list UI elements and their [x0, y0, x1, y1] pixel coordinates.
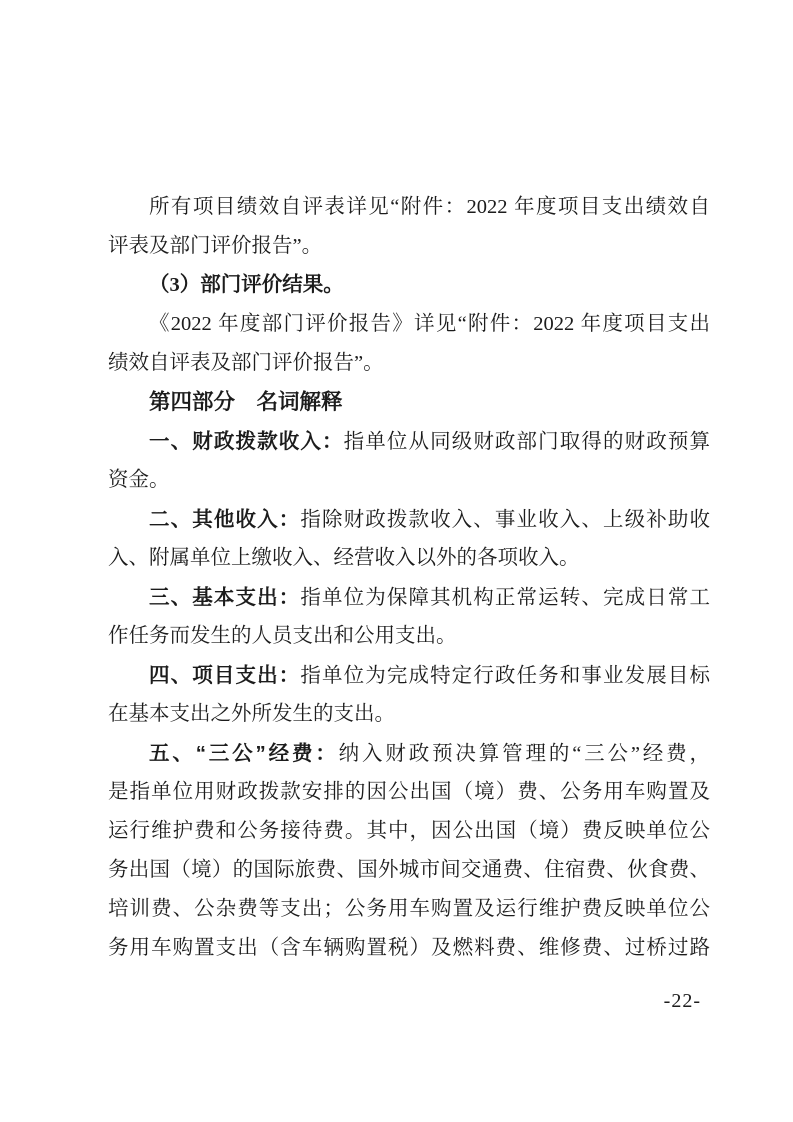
line-text: 入、附属单位上缴收入、经营收入以外的各项收入。 [108, 547, 580, 569]
term-line: 二、其他收入：指除财政拨款收入、事业收入、上级补助收 [108, 500, 710, 539]
term-label: 三、基本支出： [149, 586, 300, 609]
text-line: 所有项目绩效自评表详见“附件：2022 年度项目支出绩效自 [108, 188, 710, 227]
line-text: 是指单位用财政拨款安排的因公出国（境）费、公务用车购置及 [108, 781, 710, 803]
line-text: 所有项目绩效自评表详见“附件：2022 年度项目支出绩效自 [149, 196, 710, 218]
text-line: 《2022 年度部门评价报告》详见“附件：2022 年度项目支出 [108, 305, 710, 344]
term-label: 四、项目支出： [149, 664, 300, 687]
text-line: 入、附属单位上缴收入、经营收入以外的各项收入。 [108, 539, 710, 578]
line-text: 作任务而发生的人员支出和公用支出。 [108, 625, 457, 647]
line-text: 务出国（境）的国际旅费、国外城市间交通费、住宿费、伙食费、 [108, 859, 710, 881]
term-label: 一、财政拨款收入： [149, 430, 344, 453]
document-page: 所有项目绩效自评表详见“附件：2022 年度项目支出绩效自 评表及部门评价报告”… [0, 0, 793, 1122]
term-label: 五、“三公”经费： [149, 742, 339, 765]
line-text: 指单位为完成特定行政任务和事业发展目标 [300, 665, 710, 687]
line-text: 指单位从同级财政部门取得的财政预算 [344, 431, 710, 453]
text-line: 在基本支出之外所发生的支出。 [108, 695, 710, 734]
line-text: （3）部门评价结果。 [149, 274, 344, 296]
term-line: 五、“三公”经费：纳入财政预决算管理的“三公”经费， [108, 734, 710, 773]
term-line: 三、基本支出：指单位为保障其机构正常运转、完成日常工 [108, 578, 710, 617]
line-text: 指除财政拨款收入、事业收入、上级补助收 [300, 509, 710, 531]
text-line: 绩效自评表及部门评价报告”。 [108, 344, 710, 383]
line-text: 评表及部门评价报告”。 [108, 235, 322, 257]
text-line: 是指单位用财政拨款安排的因公出国（境）费、公务用车购置及 [108, 773, 710, 812]
text-line: 运行维护费和公务接待费。其中，因公出国（境）费反映单位公 [108, 812, 710, 851]
page-number: -22- [664, 990, 701, 1013]
line-text: 资金。 [108, 469, 170, 491]
subsection-heading: （3）部门评价结果。 [108, 266, 710, 305]
part-heading: 第四部分 名词解释 [108, 383, 710, 422]
text-line: 评表及部门评价报告”。 [108, 227, 710, 266]
line-text: 指单位为保障其机构正常运转、完成日常工 [300, 587, 710, 609]
text-line: 作任务而发生的人员支出和公用支出。 [108, 617, 710, 656]
term-label: 二、其他收入： [149, 508, 300, 531]
text-line: 务出国（境）的国际旅费、国外城市间交通费、住宿费、伙食费、 [108, 851, 710, 890]
line-text: 务用车购置支出（含车辆购置税）及燃料费、维修费、过桥过路 [108, 937, 710, 959]
text-line: 资金。 [108, 461, 710, 500]
line-text: 运行维护费和公务接待费。其中，因公出国（境）费反映单位公 [108, 820, 710, 842]
line-text: 绩效自评表及部门评价报告”。 [108, 352, 384, 374]
text-line: 培训费、公杂费等支出；公务用车购置及运行维护费反映单位公 [108, 890, 710, 929]
line-text: 培训费、公杂费等支出；公务用车购置及运行维护费反映单位公 [108, 898, 710, 920]
document-body: 所有项目绩效自评表详见“附件：2022 年度项目支出绩效自 评表及部门评价报告”… [108, 188, 710, 968]
text-line: 务用车购置支出（含车辆购置税）及燃料费、维修费、过桥过路 [108, 929, 710, 968]
term-line: 一、财政拨款收入：指单位从同级财政部门取得的财政预算 [108, 422, 710, 461]
line-text: 纳入财政预决算管理的“三公”经费， [339, 743, 710, 765]
line-text: 在基本支出之外所发生的支出。 [108, 703, 395, 725]
line-text: 第四部分 名词解释 [149, 390, 343, 414]
term-line: 四、项目支出：指单位为完成特定行政任务和事业发展目标 [108, 656, 710, 695]
line-text: 《2022 年度部门评价报告》详见“附件：2022 年度项目支出 [149, 313, 710, 335]
